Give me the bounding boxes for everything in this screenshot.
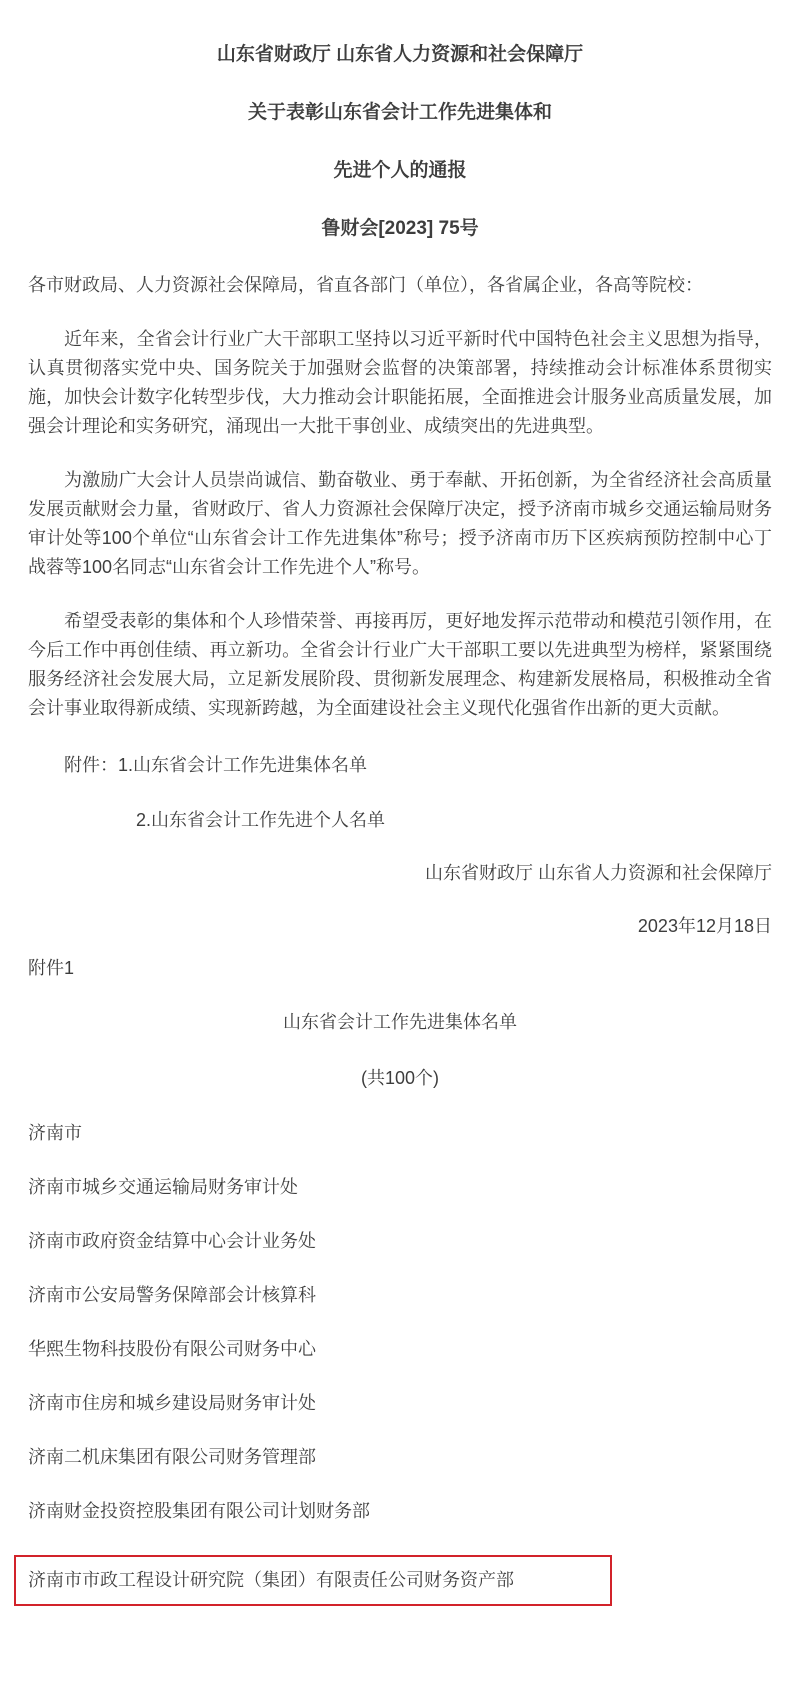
attachments-line-2: 2.山东省会计工作先进个人名单 [136, 810, 772, 830]
document-number: 鲁财会[2023] 75号 [28, 218, 772, 239]
unit-list-item: 济南市政府资金结算中心会计业务处 [28, 1231, 772, 1251]
unit-list-item: 济南二机床集团有限公司财务管理部 [28, 1447, 772, 1467]
document-title-line-2: 关于表彰山东省会计工作先进集体和 [28, 102, 772, 123]
signature-date: 2023年12月18日 [28, 916, 772, 936]
appendix-title: 山东省会计工作先进集体名单 [28, 1012, 772, 1032]
document-title-line-1: 山东省财政厅 山东省人力资源和社会保障厅 [28, 44, 772, 65]
paragraph-2: 为激励广大会计人员崇尚诚信、勤奋敬业、勇于奉献、开拓创新，为全省经济社会高质量发… [28, 466, 772, 582]
appendix-count: (共100个) [28, 1068, 772, 1088]
unit-list: 济南市 济南市城乡交通运输局财务审计处 济南市政府资金结算中心会计业务处 济南市… [28, 1123, 772, 1606]
unit-list-item: 济南财金投资控股集团有限公司计划财务部 [28, 1501, 772, 1521]
highlighted-unit-list-item: 济南市市政工程设计研究院（集团）有限责任公司财务资产部 [28, 1570, 514, 1590]
attachments-line-1: 附件：1.山东省会计工作先进集体名单 [64, 755, 772, 775]
document-title-line-3: 先进个人的通报 [28, 160, 772, 181]
unit-list-item: 济南市城乡交通运输局财务审计处 [28, 1177, 772, 1197]
unit-list-item: 济南市公安局警务保障部会计核算科 [28, 1285, 772, 1305]
paragraph-3: 希望受表彰的集体和个人珍惜荣誉、再接再厉，更好地发挥示范带动和模范引领作用，在今… [28, 607, 772, 723]
attachments-label: 附件： [64, 755, 118, 775]
red-highlight-box: 济南市市政工程设计研究院（集团）有限责任公司财务资产部 [14, 1555, 612, 1606]
attachment-item-2: 2.山东省会计工作先进个人名单 [136, 810, 385, 830]
unit-list-item: 济南市住房和城乡建设局财务审计处 [28, 1393, 772, 1413]
appendix-label: 附件1 [28, 958, 772, 978]
salutation: 各市财政局、人力资源社会保障局，省直各部门（单位），各省属企业，各高等院校： [28, 271, 772, 300]
unit-list-item: 华熙生物科技股份有限公司财务中心 [28, 1339, 772, 1359]
signature-org: 山东省财政厅 山东省人力资源和社会保障厅 [28, 863, 772, 883]
document-page: 山东省财政厅 山东省人力资源和社会保障厅 关于表彰山东省会计工作先进集体和 先进… [0, 0, 800, 1666]
paragraph-1: 近年来，全省会计行业广大干部职工坚持以习近平新时代中国特色社会主义思想为指导，认… [28, 325, 772, 441]
attachment-item-1: 1.山东省会计工作先进集体名单 [118, 755, 367, 775]
city-header: 济南市 [28, 1123, 772, 1143]
